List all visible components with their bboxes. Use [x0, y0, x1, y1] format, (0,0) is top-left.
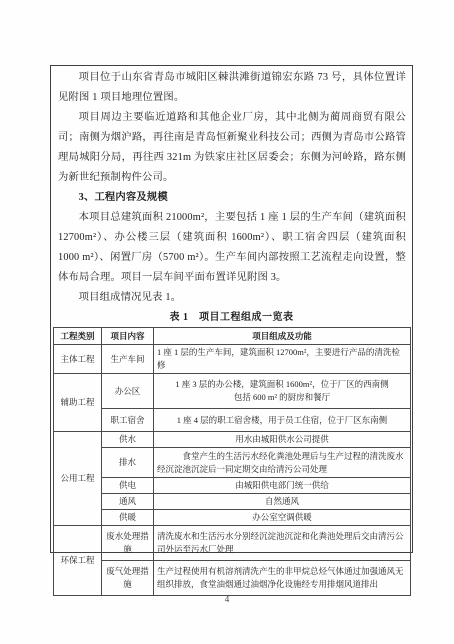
- desc-cell-workshop: 1 座 1 层的生产车间，建筑面积 12700m²，主要进行产品的清洗检修: [154, 345, 411, 374]
- table-row-power-supply: 供电 由城阳供电部门统一供给: [54, 478, 411, 494]
- table-row-water-supply: 公用工程 供水 用水由城阳供水公司提供: [54, 432, 411, 448]
- paragraph-scale: 本项目总建筑面积 21000m²，主要包括 1 座 1 层的生产车间（建筑面积 …: [58, 208, 406, 288]
- office-desc-line-1: 1 座 3 层的办公楼，建筑面积 1600m²，位于厂区的西南侧: [157, 378, 407, 391]
- table-row-drainage: 排水 食堂产生的生活污水经化粪池处理后与生产过程的清洗废水经沉淀池沉淀后一同定期…: [54, 448, 411, 478]
- desc-cell-office: 1 座 3 层的办公楼，建筑面积 1600m²，位于厂区的西南侧 包括 600 …: [154, 374, 411, 409]
- table-row-wastewater: 环保工程 废水处理措施 清洗废水和生活污水分别经沉淀池沉淀和化粪池处理后交由清污…: [54, 526, 411, 561]
- desc-cell-heating: 办公室空调供暖: [154, 510, 411, 526]
- table-header-row: 工程类别 项目内容 项目组成及功能: [54, 328, 411, 345]
- category-cell-utility: 公用工程: [54, 432, 102, 526]
- table-row-dormitory: 职工宿舍 1 座 4 层的职工宿舍楼，用于员工住宿，位于厂区东南侧: [54, 409, 411, 432]
- paragraph-location: 项目位于山东省青岛市城阳区棘洪滩街道锦宏东路 73 号，具体位置详见附图 1 项…: [58, 68, 406, 108]
- header-cell-function: 项目组成及功能: [154, 328, 411, 345]
- document-page: 项目位于山东省青岛市城阳区棘洪滩街道锦宏东路 73 号，具体位置详见附图 1 项…: [0, 0, 454, 644]
- item-cell-ventilation: 通风: [102, 494, 154, 510]
- office-desc-line-2: 包括 600 m² 的厨房和餐厅: [157, 391, 407, 404]
- paragraph-surroundings: 项目周边主要临近道路和其他企业厂房，其中北侧为蔺周商贸有限公司；南侧为烟沪路，再…: [58, 108, 406, 188]
- item-cell-office: 办公区: [102, 374, 154, 409]
- table-row-heating: 供暖 办公室空调供暖: [54, 510, 411, 526]
- desc-cell-wastewater: 清洗废水和生活污水分别经沉淀池沉淀和化粪池处理后交由清污公司外运至污水厂处理: [154, 526, 411, 561]
- header-cell-category: 工程类别: [54, 328, 102, 345]
- item-cell-water-supply: 供水: [102, 432, 154, 448]
- desc-cell-dormitory: 1 座 4 层的职工宿舍楼，用于员工住宿，位于厂区东南侧: [154, 409, 411, 432]
- page-number: 4: [0, 594, 454, 604]
- desc-cell-drainage: 食堂产生的生活污水经化粪池处理后与生产过程的清洗废水经沉淀池沉淀后一同定期交由给…: [154, 448, 411, 478]
- table-row-ventilation: 通风 自然通风: [54, 494, 411, 510]
- desc-cell-power-supply: 由城阳供电部门统一供给: [154, 478, 411, 494]
- category-cell-environmental: 环保工程: [54, 526, 102, 596]
- item-cell-wastewater: 废水处理措施: [102, 526, 154, 561]
- content-frame: 项目位于山东省青岛市城阳区棘洪滩街道锦宏东路 73 号，具体位置详见附图 1 项…: [50, 65, 413, 553]
- desc-cell-ventilation: 自然通风: [154, 494, 411, 510]
- project-composition-table: 工程类别 项目内容 项目组成及功能 主体工程 生产车间 1 座 1 层的生产车间…: [53, 327, 411, 596]
- paragraph-table-ref: 项目组成情况见表 1。: [58, 288, 406, 308]
- header-cell-item: 项目内容: [102, 328, 154, 345]
- table-title: 表 1 项目工程组成一览表: [53, 311, 410, 324]
- item-cell-dormitory: 职工宿舍: [102, 409, 154, 432]
- desc-cell-water-supply: 用水由城阳供水公司提供: [154, 432, 411, 448]
- category-cell-auxiliary: 辅助工程: [54, 374, 102, 432]
- item-cell-power-supply: 供电: [102, 478, 154, 494]
- item-cell-workshop: 生产车间: [102, 345, 154, 374]
- item-cell-waste-gas: 废气处理措施: [102, 561, 154, 596]
- item-cell-drainage: 排水: [102, 448, 154, 478]
- table-row-workshop: 主体工程 生产车间 1 座 1 层的生产车间，建筑面积 12700m²，主要进行…: [54, 345, 411, 374]
- table-row-waste-gas: 废气处理措施 生产过程使用有机溶剂清洗产生的非甲烷总烃气体通过加强通风无组织排放…: [54, 561, 411, 596]
- table-row-office: 辅助工程 办公区 1 座 3 层的办公楼，建筑面积 1600m²，位于厂区的西南…: [54, 374, 411, 409]
- category-cell-main: 主体工程: [54, 345, 102, 374]
- item-cell-heating: 供暖: [102, 510, 154, 526]
- desc-cell-waste-gas: 生产过程使用有机溶剂清洗产生的非甲烷总烃气体通过加强通风无组织排放，食堂油烟通过…: [154, 561, 411, 596]
- section-heading: 3、工程内容及规模: [58, 188, 406, 208]
